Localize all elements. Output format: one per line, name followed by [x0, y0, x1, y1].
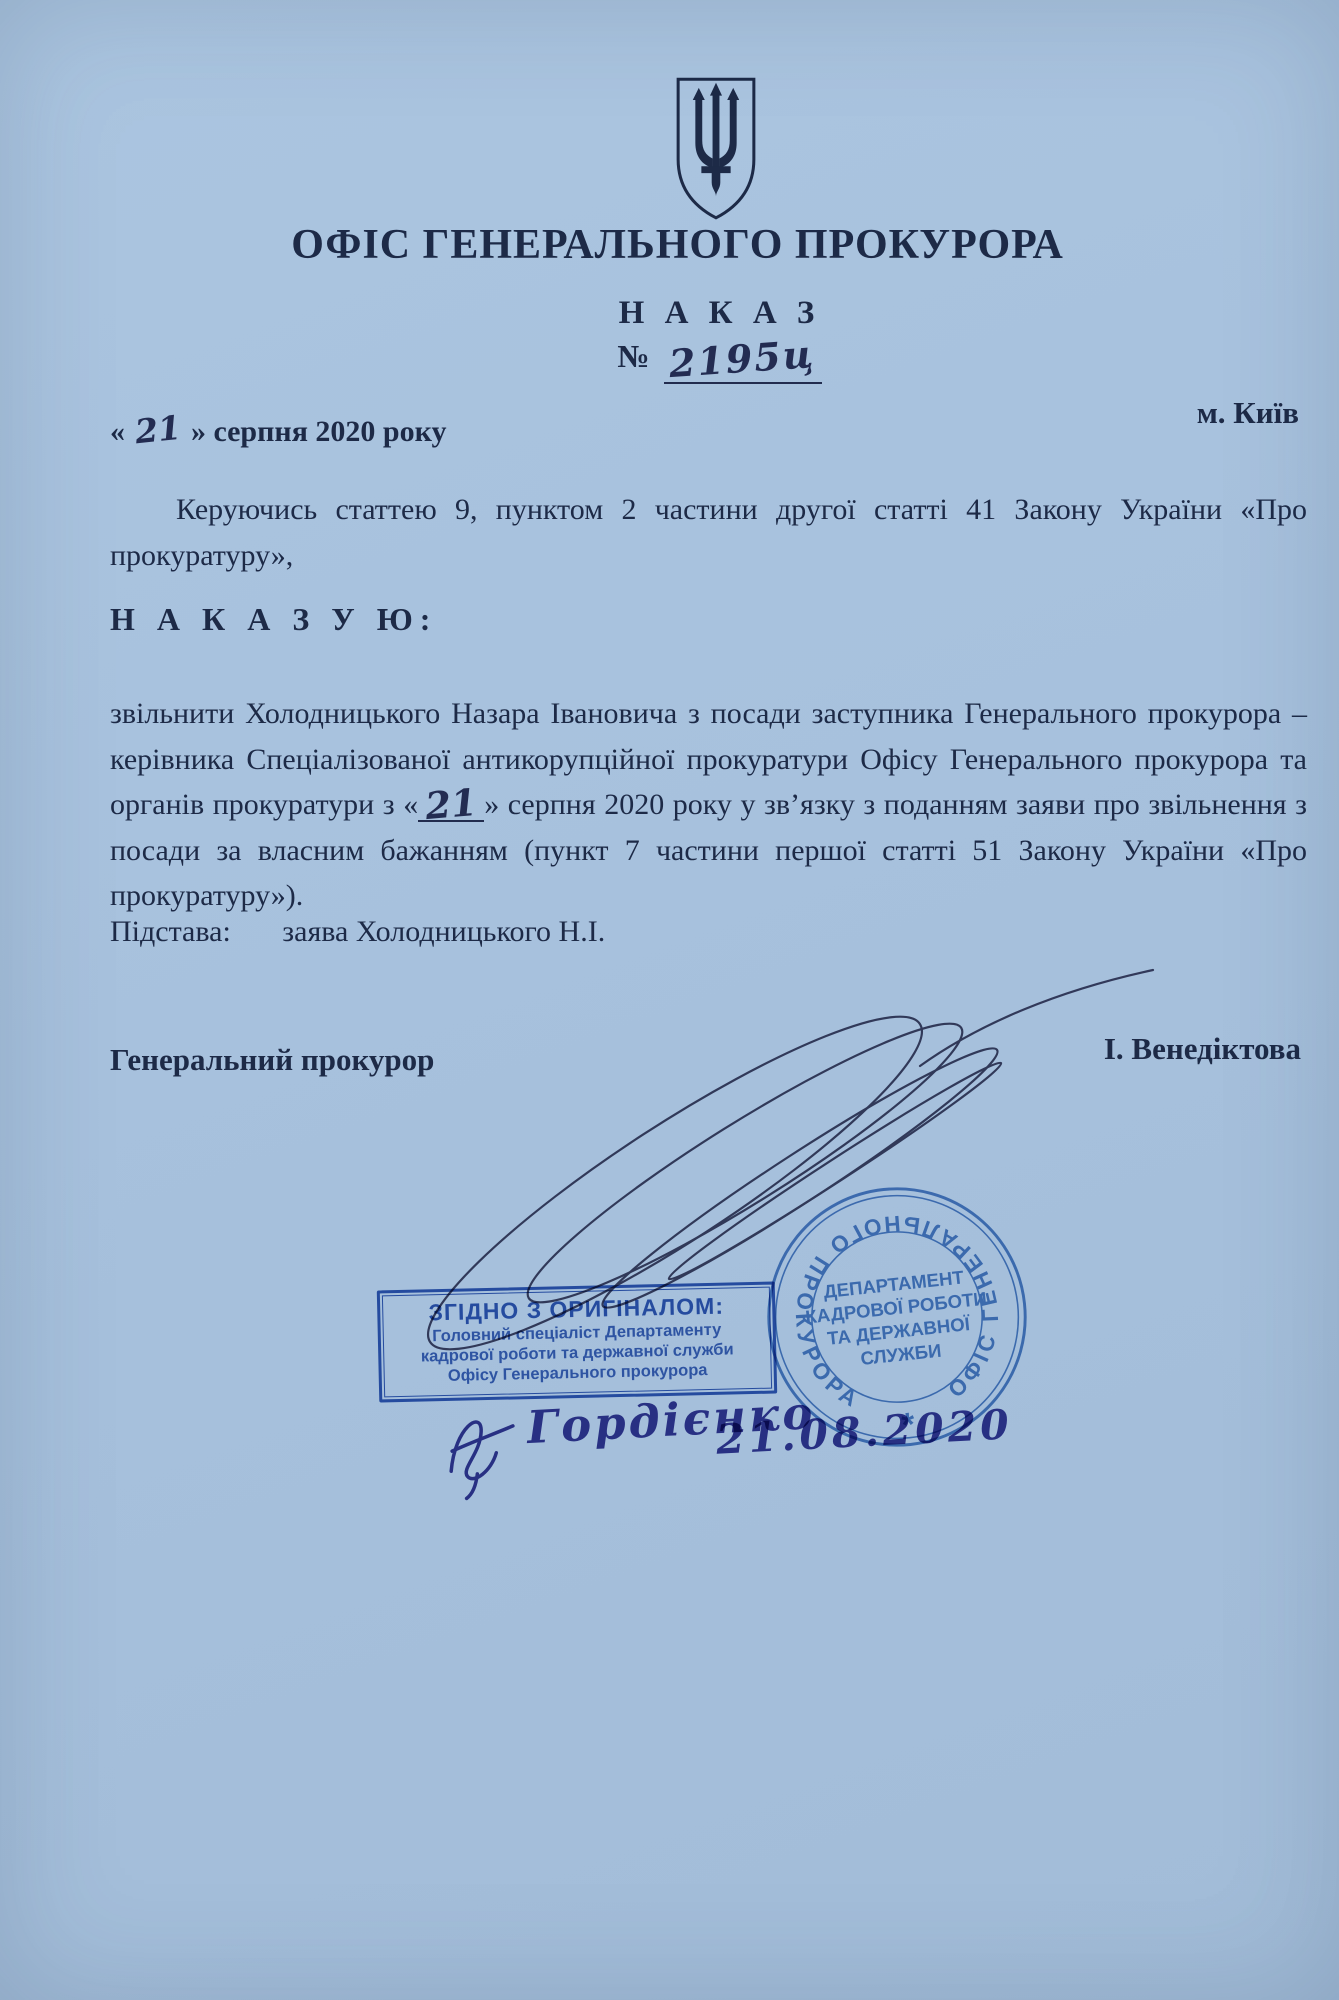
certification-stamp: ЗГІДНО З ОРИГІНАЛОМ: Головний спеціаліст…: [377, 1281, 777, 1402]
day-underline: 21: [418, 786, 484, 822]
org-title: ОФІС ГЕНЕРАЛЬНОГО ПРОКУРОРА: [8, 221, 1339, 269]
trident-glyph: [693, 83, 739, 197]
doc-type-title: Н А К А З: [50, 295, 1339, 332]
order-body-paragraph: звільнити Холодницького Назара Івановича…: [110, 691, 1307, 919]
clerk-signature-paraph: [434, 1401, 531, 1502]
order-heading: Н А К А З У Ю:: [110, 601, 437, 638]
certification-stamp-inner: ЗГІДНО З ОРИГІНАЛОМ: Головний спеціаліст…: [382, 1287, 772, 1398]
doc-date: «21» серпня 2020 року: [110, 410, 446, 449]
ukraine-trident-shield-icon: [668, 75, 764, 223]
handwritten-day-body: 21: [425, 787, 479, 821]
signer-title: Генеральний прокурор: [110, 1042, 434, 1078]
date-open-quote: «: [110, 415, 125, 448]
handwritten-order-number: 2195ц: [668, 331, 817, 386]
document-photo: { "doc": { "org_title": "ОФІС ГЕНЕРАЛЬНО…: [0, 0, 1339, 2000]
handwritten-day-header: 21: [123, 407, 193, 453]
doc-city: м. Київ: [1197, 395, 1299, 431]
intro-paragraph: Керуючись статтею 9, пунктом 2 частини д…: [110, 487, 1307, 578]
basis-label: Підстава:: [110, 915, 231, 948]
doc-number-prefix: №: [617, 338, 649, 384]
doc-number-line: № 2195ц: [50, 338, 1339, 384]
doc-number-underline: 2195ц: [664, 338, 822, 384]
date-rest: » серпня 2020 року: [191, 415, 447, 448]
seal-center-text: ДЕПАРТАМЕНТ КАДРОВОЇ РОБОТИ ТА ДЕРЖАВНОЇ…: [802, 1264, 993, 1374]
